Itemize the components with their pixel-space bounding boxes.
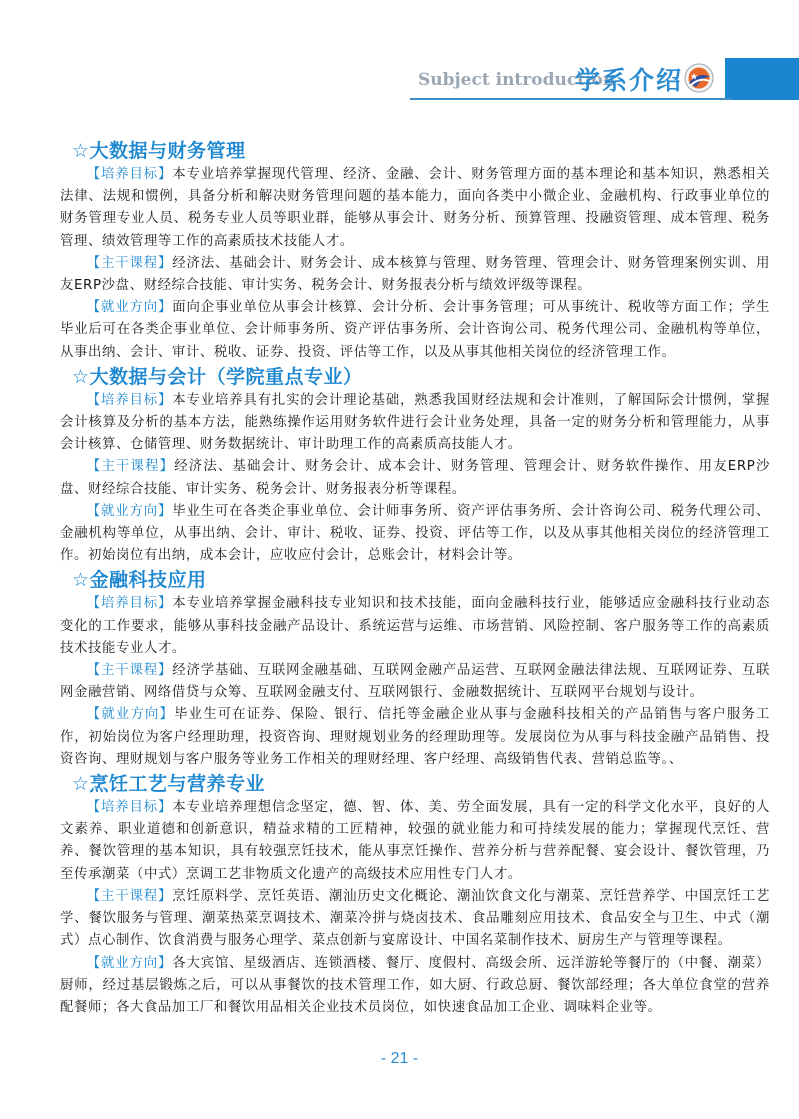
tag-label: 【就业方向】 <box>87 300 172 315</box>
section-title: ☆烹饪工艺与营养专业 <box>72 771 770 797</box>
section-title: ☆金融科技应用 <box>72 567 770 593</box>
tag-label: 【主干课程】 <box>87 459 174 474</box>
tag-label: 【就业方向】 <box>87 956 172 971</box>
header-accent-block <box>725 58 799 100</box>
section-title-text: 烹饪工艺与营养专业 <box>90 773 266 795</box>
paragraph-career: 【就业方向】毕业生可在证券、保险、银行、信托等金融企业从事与金融科技相关的产品销… <box>60 704 770 771</box>
star-icon: ☆ <box>72 366 90 388</box>
tag-label: 【就业方向】 <box>87 504 172 519</box>
paragraph-training-goal: 【培养目标】本专业培养理想信念坚定，德、智、体、美、劳全面发展，具有一定的科学文… <box>60 797 770 886</box>
paragraph-career: 【就业方向】毕业生可在各类企事业单位、会计师事务所、资产评估事务所、会计咨询公司… <box>60 501 770 568</box>
section-title-text: 大数据与财务管理 <box>90 140 246 162</box>
tag-label: 【主干课程】 <box>87 256 172 271</box>
star-icon: ☆ <box>72 140 90 162</box>
college-emblem-icon <box>684 63 714 93</box>
section-title-text: 大数据与会计（学院重点专业） <box>90 366 363 388</box>
section-title: ☆大数据与财务管理 <box>72 138 770 164</box>
paragraph-career: 【就业方向】各大宾馆、星级酒店、连锁酒楼、餐厅、度假村、高级会所、远洋游轮等餐厅… <box>60 953 770 1020</box>
paragraph-training-goal: 【培养目标】本专业培养掌握现代管理、经济、金融、会计、财务管理方面的基本理论和基… <box>60 164 770 253</box>
paragraph-core-courses: 【主干课程】经济法、基础会计、财务会计、成本核算与管理、财务管理、管理会计、财务… <box>60 253 770 297</box>
page-number: - 21 - <box>0 1050 799 1068</box>
paragraph-training-goal: 【培养目标】本专业培养具有扎实的会计理论基础，熟悉我国财经法规和会计准则，了解国… <box>60 390 770 457</box>
section-big-data-finance: ☆大数据与财务管理 【培养目标】本专业培养掌握现代管理、经济、金融、会计、财务管… <box>60 138 770 364</box>
tag-label: 【就业方向】 <box>87 707 174 722</box>
section-fintech: ☆金融科技应用 【培养目标】本专业培养掌握金融科技专业知识和技术技能，面向金融科… <box>60 567 770 771</box>
star-icon: ☆ <box>72 569 90 591</box>
paragraph-core-courses: 【主干课程】经济法、基础会计、财务会计、成本会计、财务管理、管理会计、财务软件操… <box>60 456 770 500</box>
tag-label: 【主干课程】 <box>87 663 172 678</box>
subject-list: ☆大数据与财务管理 【培养目标】本专业培养掌握现代管理、经济、金融、会计、财务管… <box>60 138 770 1019</box>
tag-label: 【培养目标】 <box>87 167 172 182</box>
section-big-data-accounting: ☆大数据与会计（学院重点专业） 【培养目标】本专业培养具有扎实的会计理论基础，熟… <box>60 364 770 568</box>
section-title: ☆大数据与会计（学院重点专业） <box>72 364 770 390</box>
tag-label: 【主干课程】 <box>87 889 172 904</box>
tag-label: 【培养目标】 <box>87 393 172 408</box>
section-title-text: 金融科技应用 <box>90 569 207 591</box>
paragraph-core-courses: 【主干课程】经济学基础、互联网金融基础、互联网金融产品运营、互联网金融法律法规、… <box>60 660 770 704</box>
section-culinary-nutrition: ☆烹饪工艺与营养专业 【培养目标】本专业培养理想信念坚定，德、智、体、美、劳全面… <box>60 771 770 1019</box>
paragraph-core-courses: 【主干课程】烹饪原料学、烹饪英语、潮汕历史文化概论、潮汕饮食文化与潮菜、烹饪营养… <box>60 886 770 953</box>
paragraph-training-goal: 【培养目标】本专业培养掌握金融科技专业知识和技术技能，面向金融科技行业，能够适应… <box>60 593 770 660</box>
page-header: Subject introduction 学系介绍 <box>0 58 799 98</box>
tag-label: 【培养目标】 <box>87 800 172 815</box>
paragraph-career: 【就业方向】面向企事业单位从事会计核算、会计分析、会计事务管理；可从事统计、税收… <box>60 297 770 364</box>
tag-label: 【培养目标】 <box>87 596 172 611</box>
star-icon: ☆ <box>72 773 90 795</box>
header-divider <box>410 98 732 100</box>
header-chinese-title: 学系介绍 <box>575 61 683 97</box>
